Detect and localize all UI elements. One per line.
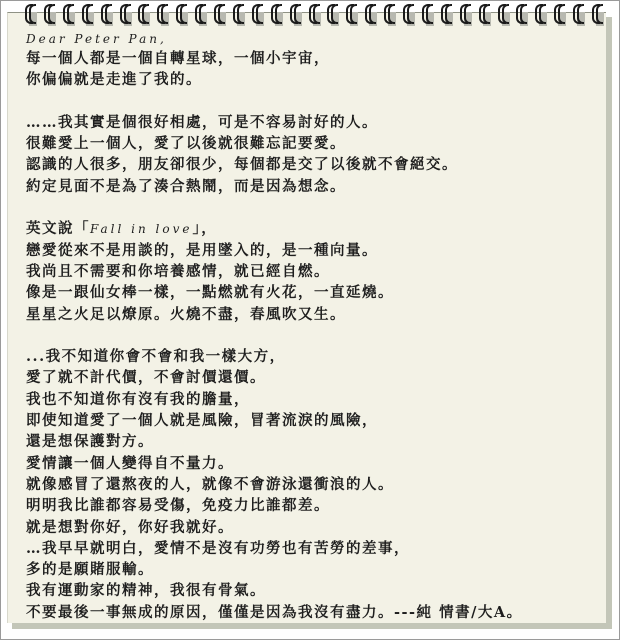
paragraph-gap bbox=[26, 325, 606, 346]
letter: Dear Peter Pan, 每一個人都是一個自轉星球，一個小宇宙， 你偏偏就… bbox=[26, 30, 606, 623]
spiral-ring-icon bbox=[25, 4, 37, 26]
letter-line: …我早早就明白，愛情不是沒有功勞也有苦勞的差事， bbox=[26, 538, 606, 559]
letter-line: 認識的人很多，朋友卻很少，每個都是交了以後就不會絕交。 bbox=[26, 154, 606, 175]
spiral-ring-icon bbox=[271, 4, 283, 26]
letter-line: 就像感冒了還熬夜的人，就像不會游泳還衝浪的人。 bbox=[26, 474, 606, 495]
letter-line: 明明我比誰都容易受傷，免疫力比誰都差。 bbox=[26, 495, 606, 516]
line-suffix: 」， bbox=[192, 220, 217, 237]
letter-line: 你偏偏就是走進了我的。 bbox=[26, 69, 606, 90]
letter-line: 多的是願賭服輸。 bbox=[26, 559, 606, 580]
spiral-ring-icon bbox=[63, 4, 75, 26]
spiral-ring-icon bbox=[460, 4, 472, 26]
letter-line: 約定見面不是為了湊合熱鬧，而是因為想念。 bbox=[26, 176, 606, 197]
paragraph-4: ...我不知道你會不會和我一樣大方， 愛了就不計代價，不會討價還價。 我也不知道… bbox=[26, 346, 606, 623]
spiral-ring-icon bbox=[384, 4, 396, 26]
spiral-binding bbox=[0, 4, 620, 28]
letter-line: 我也不知道你有沒有我的膽量， bbox=[26, 389, 606, 410]
paragraph-gap bbox=[26, 91, 606, 112]
spiral-ring-icon bbox=[327, 4, 339, 26]
spiral-ring-icon bbox=[82, 4, 94, 26]
spiral-ring-icon bbox=[252, 4, 264, 26]
letter-line: 愛了就不計代價，不會討價還價。 bbox=[26, 367, 606, 388]
letter-line: ……我其實是個很好相處，可是不容易討好的人。 bbox=[26, 112, 606, 133]
spiral-ring-icon bbox=[290, 4, 302, 26]
spiral-ring-icon bbox=[403, 4, 415, 26]
spiral-ring-icon bbox=[573, 4, 585, 26]
spiral-ring-icon bbox=[498, 4, 510, 26]
spiral-ring-icon bbox=[195, 4, 207, 26]
letter-line: 就是想對你好，你好我就好。 bbox=[26, 517, 606, 538]
letter-line: 星星之火足以燎原。火燒不盡，春風吹又生。 bbox=[26, 304, 606, 325]
spiral-ring-icon bbox=[365, 4, 377, 26]
spiral-ring-icon bbox=[516, 4, 528, 26]
spiral-ring-icon bbox=[346, 4, 358, 26]
spiral-ring-icon bbox=[535, 4, 547, 26]
letter-line: ...我不知道你會不會和我一樣大方， bbox=[26, 346, 606, 367]
letter-line: 我尚且不需要和你培養感情，就已經自燃。 bbox=[26, 261, 606, 282]
letter-line: 還是想保護對方。 bbox=[26, 431, 606, 452]
salutation: Dear Peter Pan, bbox=[26, 30, 606, 48]
paragraph-2: ……我其實是個很好相處，可是不容易討好的人。 很難愛上一個人，愛了以後就很難忘記… bbox=[26, 112, 606, 197]
spiral-ring-icon bbox=[214, 4, 226, 26]
letter-line-signature: 不要最後一事無成的原因，僅僅是因為我沒有盡力。---純 情書/大A。 bbox=[26, 602, 606, 623]
letter-line: 我有運動家的精神，我很有骨氣。 bbox=[26, 580, 606, 601]
spiral-ring-icon bbox=[120, 4, 132, 26]
paragraph-1: 每一個人都是一個自轉星球，一個小宇宙， 你偏偏就是走進了我的。 bbox=[26, 48, 606, 91]
letter-line: 很難愛上一個人，愛了以後就很難忘記要愛。 bbox=[26, 133, 606, 154]
spiral-ring-icon bbox=[176, 4, 188, 26]
paragraph-gap bbox=[26, 197, 606, 218]
spiral-ring-icon bbox=[309, 4, 321, 26]
spiral-ring-icon bbox=[44, 4, 56, 26]
spiral-ring-icon bbox=[233, 4, 245, 26]
spiral-ring-icon bbox=[441, 4, 453, 26]
letter-line-fall-in-love: 英文說「Fall in love」， bbox=[26, 218, 606, 239]
letter-line: 每一個人都是一個自轉星球，一個小宇宙， bbox=[26, 48, 606, 69]
spiral-ring-icon bbox=[479, 4, 491, 26]
line-prefix: 英文說「 bbox=[26, 220, 90, 237]
spiral-ring-icon bbox=[554, 4, 566, 26]
letter-line: 即使知道愛了一個人就是風險，冒著流淚的風險， bbox=[26, 410, 606, 431]
spiral-ring-icon bbox=[157, 4, 169, 26]
spiral-ring-icon bbox=[422, 4, 434, 26]
spiral-ring-icon bbox=[101, 4, 113, 26]
paragraph-3: 英文說「Fall in love」， 戀愛從來不是用談的，是用墜入的，是一種向量… bbox=[26, 218, 606, 324]
letter-line: 愛情讓一個人變得自不量力。 bbox=[26, 453, 606, 474]
letter-line: 戀愛從來不是用談的，是用墜入的，是一種向量。 bbox=[26, 240, 606, 261]
spiral-ring-icon bbox=[592, 4, 604, 26]
spiral-ring-icon bbox=[138, 4, 150, 26]
latin-phrase: Fall in love bbox=[90, 222, 192, 236]
letter-line: 像是一跟仙女棒一樣，一點燃就有火花，一直延燒。 bbox=[26, 282, 606, 303]
